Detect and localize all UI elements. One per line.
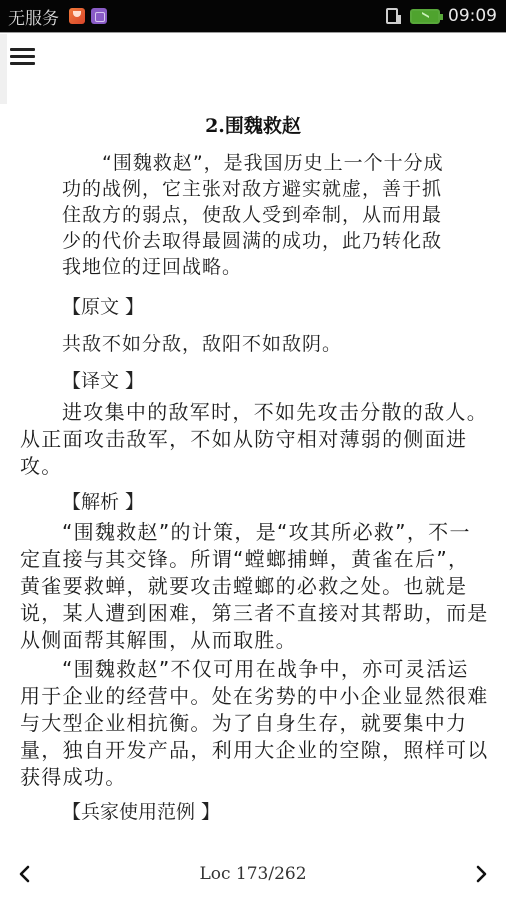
app-notification-icon — [91, 8, 107, 24]
examples-label: 【兵家使用范例 】 — [62, 797, 220, 824]
analysis-paragraph-1: “围魏救赵”的计策，是“攻其所必救”，不一定直接与其交锋。所谓“螳螂捕蝉，黄雀在… — [20, 519, 490, 654]
chapter-title: 2.围魏救赵 — [0, 111, 506, 138]
original-label: 【原文 】 — [62, 292, 144, 319]
app-notification-icon — [69, 8, 85, 24]
translation-label: 【译文 】 — [62, 366, 144, 393]
hamburger-menu-icon[interactable] — [10, 46, 36, 66]
analysis-label: 【解析 】 — [62, 487, 144, 514]
translation-text: 进攻集中的敌军时，不如先攻击分散的敌人。从正面攻击敌军，不如从防守相对薄弱的侧面… — [20, 399, 490, 480]
carrier-status: 无服务 — [8, 4, 59, 29]
status-bar: 无服务 09:09 — [0, 0, 506, 33]
clock: 09:09 — [448, 6, 497, 26]
status-left: 无服务 — [0, 4, 107, 29]
menu-line — [10, 55, 35, 58]
reader-footer: Loc 173/262 — [0, 850, 506, 898]
original-text: 共敌不如分敌，敌阳不如敌阴。 — [62, 331, 482, 357]
sim-icon — [386, 8, 398, 24]
location-indicator: Loc 173/262 — [0, 864, 506, 884]
battery-charging-icon — [410, 9, 440, 24]
status-right: 09:09 — [386, 6, 506, 26]
drawer-edge-handle[interactable] — [0, 34, 7, 104]
intro-paragraph: “围魏救赵”，是我国历史上一个十分成功的战例，它主张对敌方避实就虚，善于抓住敌方… — [62, 150, 446, 280]
menu-line — [10, 62, 35, 65]
next-page-button[interactable] — [472, 862, 492, 886]
menu-line — [10, 48, 35, 51]
chevron-right-icon — [472, 862, 492, 886]
analysis-paragraph-2: “围魏救赵”不仅可用在战争中，亦可灵活运用于企业的经营中。处在劣势的中小企业显然… — [20, 656, 490, 791]
